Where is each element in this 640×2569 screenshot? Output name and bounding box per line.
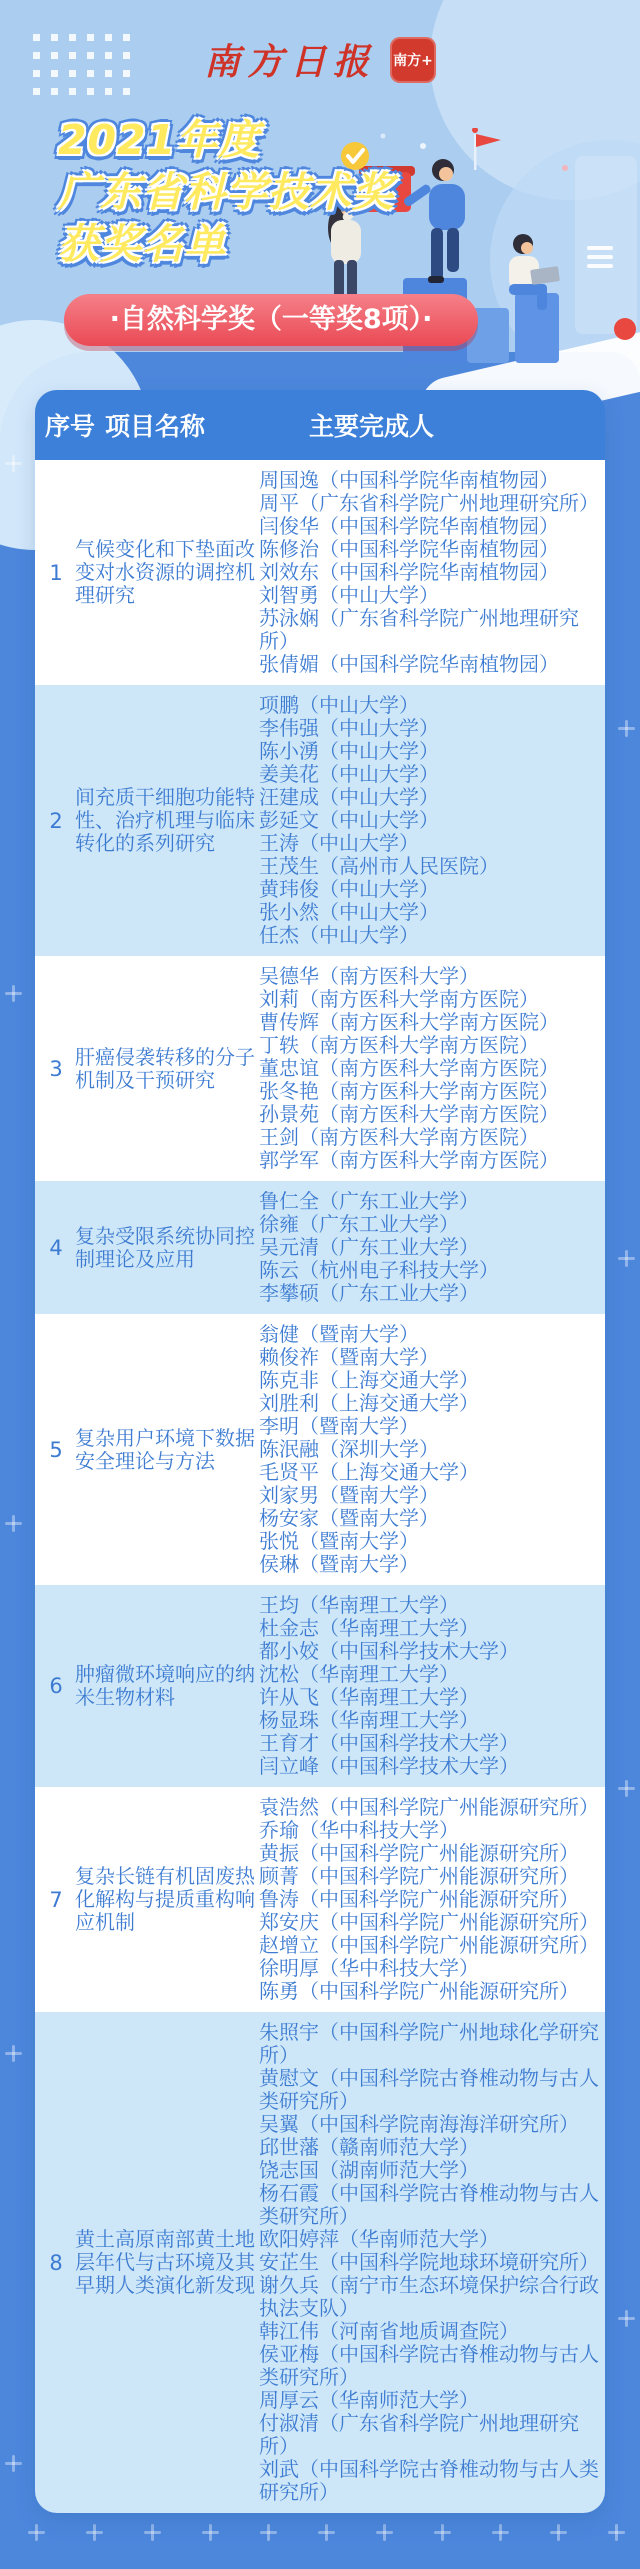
person-entry: 许从飞（华南理工大学） xyxy=(259,1686,605,1709)
plus-mark xyxy=(376,2524,393,2541)
title-line-3: 获奖名单 xyxy=(58,218,394,270)
person-entry: 吴翼（中国科学院南海海洋研究所） xyxy=(259,2113,605,2136)
infographic-page: 南方日报 南方+ 2021年度 广东省科学技术奖 获奖名单 xyxy=(0,0,640,2569)
plus-mark xyxy=(202,2524,219,2541)
person-entry: 王涛（中山大学） xyxy=(259,832,605,855)
person-entry: 刘智勇（中山大学） xyxy=(259,584,605,607)
person-entry: 黄振（中国科学院广州能源研究所） xyxy=(259,1842,605,1865)
person-entry: 杜金志（华南理工大学） xyxy=(259,1617,605,1640)
row-people: 鲁仁全（广东工业大学）徐雍（广东工业大学）吴元清（广东工业大学）陈云（杭州电子科… xyxy=(259,1190,605,1305)
person-entry: 吴德华（南方医科大学） xyxy=(259,965,605,988)
plus-mark xyxy=(5,2455,22,2472)
person-entry: 闫俊华（中国科学院华南植物园） xyxy=(259,515,605,538)
plus-mark xyxy=(318,2524,335,2541)
person-entry: 沈松（华南理工大学） xyxy=(259,1663,605,1686)
column-header-no: 序号 xyxy=(41,407,105,443)
column-header-people: 主要完成人 xyxy=(309,407,434,443)
plus-mark xyxy=(144,2524,161,2541)
person-entry: 侯亚梅（中国科学院古脊椎动物与古人类研究所） xyxy=(259,2343,605,2389)
row-number: 3 xyxy=(41,1057,71,1081)
row-number: 4 xyxy=(41,1236,71,1260)
person-entry: 孙景苑（南方医科大学南方医院） xyxy=(259,1103,605,1126)
backdrop-panel xyxy=(575,156,637,334)
person-entry: 朱照宇（中国科学院广州地球化学研究所） xyxy=(259,2021,605,2067)
table-row: 5 复杂用户环境下数据安全理论与方法 翁健（暨南大学）赖俊祚（暨南大学）陈克非（… xyxy=(35,1314,605,1585)
person-entry: 陈小湧（中山大学） xyxy=(259,740,605,763)
person-entry: 闫立峰（中国科学技术大学） xyxy=(259,1755,605,1778)
row-number: 1 xyxy=(41,561,71,585)
person-entry: 周平（广东省科学院广州地理研究所） xyxy=(259,492,605,515)
person-entry: 姜美花（中山大学） xyxy=(259,763,605,786)
row-number: 2 xyxy=(41,809,71,833)
person-entry: 黄慰文（中国科学院古脊椎动物与古人类研究所） xyxy=(259,2067,605,2113)
person-entry: 安芷生（中国科学院地球环境研究所） xyxy=(259,2251,605,2274)
person-entry: 赵增立（中国科学院广州能源研究所） xyxy=(259,1934,605,1957)
person-entry: 饶志国（湖南师范大学） xyxy=(259,2159,605,2182)
row-project: 间充质干细胞功能特性、治疗机理与临床转化的系列研究 xyxy=(75,786,259,855)
title-line-2: 广东省科学技术奖 xyxy=(58,166,394,218)
person-entry: 赖俊祚（暨南大学） xyxy=(259,1346,605,1369)
person-entry: 刘胜利（上海交通大学） xyxy=(259,1392,605,1415)
row-project: 肝癌侵袭转移的分子机制及干预研究 xyxy=(75,1046,259,1092)
plus-mark xyxy=(434,2524,451,2541)
plus-mark xyxy=(5,455,22,472)
person-entry: 付淑清（广东省科学院广州地理研究所） xyxy=(259,2412,605,2458)
plus-mark xyxy=(5,985,22,1002)
person-entry: 杨显珠（华南理工大学） xyxy=(259,1709,605,1732)
person-entry: 刘莉（南方医科大学南方医院） xyxy=(259,988,605,1011)
flag-icon xyxy=(474,134,501,170)
person-entry: 侯琳（暨南大学） xyxy=(259,1553,605,1576)
plus-mark xyxy=(5,2045,22,2062)
person-entry: 陈泯融（深圳大学） xyxy=(259,1438,605,1461)
person-entry: 张倩媚（中国科学院华南植物园） xyxy=(259,653,605,676)
person-entry: 顾菁（中国科学院广州能源研究所） xyxy=(259,1865,605,1888)
column-header-project: 项目名称 xyxy=(105,407,289,443)
person-entry: 袁浩然（中国科学院广州能源研究所） xyxy=(259,1796,605,1819)
plus-mark xyxy=(618,1250,635,1267)
person-entry: 欧阳婷萍（华南师范大学） xyxy=(259,2228,605,2251)
person-entry: 郭学军（南方医科大学南方医院） xyxy=(259,1149,605,1172)
row-number: 6 xyxy=(41,1674,71,1698)
confetti-dot xyxy=(420,143,426,149)
person-entry: 李伟强（中山大学） xyxy=(259,717,605,740)
person-entry: 彭延文（中山大学） xyxy=(259,809,605,832)
person-entry: 张小然（中山大学） xyxy=(259,901,605,924)
confetti-dot xyxy=(472,128,478,133)
masthead: 南方日报 南方+ xyxy=(0,34,640,85)
person-entry: 刘武（中国科学院古脊椎动物与古人类研究所） xyxy=(259,2458,605,2504)
plus-mark xyxy=(608,2524,625,2541)
plus-mark xyxy=(618,720,635,737)
table-row: 2 间充质干细胞功能特性、治疗机理与临床转化的系列研究 项鹏（中山大学）李伟强（… xyxy=(35,685,605,956)
person-entry: 翁健（暨南大学） xyxy=(259,1323,605,1346)
person-entry: 张悦（暨南大学） xyxy=(259,1530,605,1553)
person-entry: 刘家男（暨南大学） xyxy=(259,1484,605,1507)
person-entry: 项鹏（中山大学） xyxy=(259,694,605,717)
person-entry: 李攀硕（广东工业大学） xyxy=(259,1282,605,1305)
person-entry: 丁轶（南方医科大学南方医院） xyxy=(259,1034,605,1057)
person-entry: 陈修治（中国科学院华南植物园） xyxy=(259,538,605,561)
person-entry: 曹传辉（南方医科大学南方医院） xyxy=(259,1011,605,1034)
person-entry: 周国逸（中国科学院华南植物园） xyxy=(259,469,605,492)
table-row: 6 肿瘤微环境响应的纳米生物材料 王均（华南理工大学）杜金志（华南理工大学）都小… xyxy=(35,1585,605,1787)
row-people: 袁浩然（中国科学院广州能源研究所）乔瑜（华中科技大学）黄振（中国科学院广州能源研… xyxy=(259,1796,605,2003)
table-header: 序号 项目名称 主要完成人 xyxy=(35,390,605,460)
table-row: 3 肝癌侵袭转移的分子机制及干预研究 吴德华（南方医科大学）刘莉（南方医科大学南… xyxy=(35,956,605,1181)
row-people: 周国逸（中国科学院华南植物园）周平（广东省科学院广州地理研究所）闫俊华（中国科学… xyxy=(259,469,605,676)
row-people: 项鹏（中山大学）李伟强（中山大学）陈小湧（中山大学）姜美花（中山大学）汪建成（中… xyxy=(259,694,605,947)
page-title: 2021年度 广东省科学技术奖 获奖名单 xyxy=(58,114,394,270)
man-figure xyxy=(402,159,465,283)
row-people: 吴德华（南方医科大学）刘莉（南方医科大学南方医院）曹传辉（南方医科大学南方医院）… xyxy=(259,965,605,1172)
person-entry: 王均（华南理工大学） xyxy=(259,1594,605,1617)
title-line-1: 2021年度 xyxy=(58,114,394,166)
table-body: 1 气候变化和下垫面改变对水资源的调控机理研究 周国逸（中国科学院华南植物园）周… xyxy=(35,460,605,2513)
category-banner: ·自然科学奖（一等奖8项）· xyxy=(64,294,478,346)
row-people: 翁健（暨南大学）赖俊祚（暨南大学）陈克非（上海交通大学）刘胜利（上海交通大学）李… xyxy=(259,1323,605,1576)
row-project: 复杂用户环境下数据安全理论与方法 xyxy=(75,1427,259,1473)
plus-mark xyxy=(5,1515,22,1532)
person-entry: 鲁仁全（广东工业大学） xyxy=(259,1190,605,1213)
person-entry: 徐雍（广东工业大学） xyxy=(259,1213,605,1236)
person-entry: 苏泳娴（广东省科学院广州地理研究所） xyxy=(259,607,605,653)
plus-mark xyxy=(618,2310,635,2327)
row-number: 7 xyxy=(41,1888,71,1912)
award-table-card: 序号 项目名称 主要完成人 1 气候变化和下垫面改变对水资源的调控机理研究 周国… xyxy=(35,390,605,2513)
person-entry: 张冬艳（南方医科大学南方医院） xyxy=(259,1080,605,1103)
person-entry: 刘效东（中国科学院华南植物园） xyxy=(259,561,605,584)
person-entry: 杨安家（暨南大学） xyxy=(259,1507,605,1530)
person-entry: 陈勇（中国科学院广州能源研究所） xyxy=(259,1980,605,2003)
row-people: 王均（华南理工大学）杜金志（华南理工大学）都小姣（中国科学技术大学）沈松（华南理… xyxy=(259,1594,605,1778)
plus-mark xyxy=(550,2524,567,2541)
person-entry: 吴元清（广东工业大学） xyxy=(259,1236,605,1259)
person-entry: 谢久兵（南宁市生态环境保护综合行政执法支队） xyxy=(259,2274,605,2320)
person-entry: 郑安庆（中国科学院广州能源研究所） xyxy=(259,1911,605,1934)
menu-lines-icon xyxy=(587,246,613,268)
person-entry: 陈克非（上海交通大学） xyxy=(259,1369,605,1392)
person-entry: 董忠谊（南方医科大学南方医院） xyxy=(259,1057,605,1080)
person-entry: 鲁涛（中国科学院广州能源研究所） xyxy=(259,1888,605,1911)
row-project: 黄土高原南部黄土地层年代与古环境及其早期人类演化新发现 xyxy=(75,2228,259,2297)
plus-mark xyxy=(260,2524,277,2541)
person-entry: 徐明厚（华中科技大学） xyxy=(259,1957,605,1980)
person-entry: 王剑（南方医科大学南方医院） xyxy=(259,1126,605,1149)
plus-mark xyxy=(618,1780,635,1797)
table-row: 8 黄土高原南部黄土地层年代与古环境及其早期人类演化新发现 朱照宇（中国科学院广… xyxy=(35,2012,605,2513)
nanfang-plus-app-icon: 南方+ xyxy=(390,37,436,83)
row-number: 8 xyxy=(41,2251,71,2275)
newspaper-logo: 南方日报 xyxy=(204,34,376,85)
table-row: 4 复杂受限系统协同控制理论及应用 鲁仁全（广东工业大学）徐雍（广东工业大学）吴… xyxy=(35,1181,605,1314)
table-row: 7 复杂长链有机固废热化解构与提质重构响应机制 袁浩然（中国科学院广州能源研究所… xyxy=(35,1787,605,2012)
person-entry: 汪建成（中山大学） xyxy=(259,786,605,809)
person-entry: 韩江伟（河南省地质调查院） xyxy=(259,2320,605,2343)
table-row: 1 气候变化和下垫面改变对水资源的调控机理研究 周国逸（中国科学院华南植物园）周… xyxy=(35,460,605,685)
plus-mark xyxy=(28,2524,45,2541)
person-entry: 任杰（中山大学） xyxy=(259,924,605,947)
plus-mark xyxy=(492,2524,509,2541)
person-entry: 周厚云（华南师范大学） xyxy=(259,2389,605,2412)
row-people: 朱照宇（中国科学院广州地球化学研究所）黄慰文（中国科学院古脊椎动物与古人类研究所… xyxy=(259,2021,605,2504)
row-project: 复杂受限系统协同控制理论及应用 xyxy=(75,1225,259,1271)
person-entry: 李明（暨南大学） xyxy=(259,1415,605,1438)
row-project: 复杂长链有机固废热化解构与提质重构响应机制 xyxy=(75,1865,259,1934)
plus-mark xyxy=(86,2524,103,2541)
person-entry: 王茂生（高州市人民医院） xyxy=(259,855,605,878)
person-entry: 邱世藩（赣南师范大学） xyxy=(259,2136,605,2159)
row-project: 气候变化和下垫面改变对水资源的调控机理研究 xyxy=(75,538,259,607)
person-entry: 陈云（杭州电子科技大学） xyxy=(259,1259,605,1282)
confetti-dot xyxy=(562,165,568,171)
person-entry: 毛贤平（上海交通大学） xyxy=(259,1461,605,1484)
red-ball xyxy=(614,318,636,340)
person-entry: 都小姣（中国科学技术大学） xyxy=(259,1640,605,1663)
person-entry: 黄玮俊（中山大学） xyxy=(259,878,605,901)
person-entry: 乔瑜（华中科技大学） xyxy=(259,1819,605,1842)
row-number: 5 xyxy=(41,1438,71,1462)
person-entry: 杨石霞（中国科学院古脊椎动物与古人类研究所） xyxy=(259,2182,605,2228)
person-entry: 王育才（中国科学技术大学） xyxy=(259,1732,605,1755)
row-project: 肿瘤微环境响应的纳米生物材料 xyxy=(75,1663,259,1709)
